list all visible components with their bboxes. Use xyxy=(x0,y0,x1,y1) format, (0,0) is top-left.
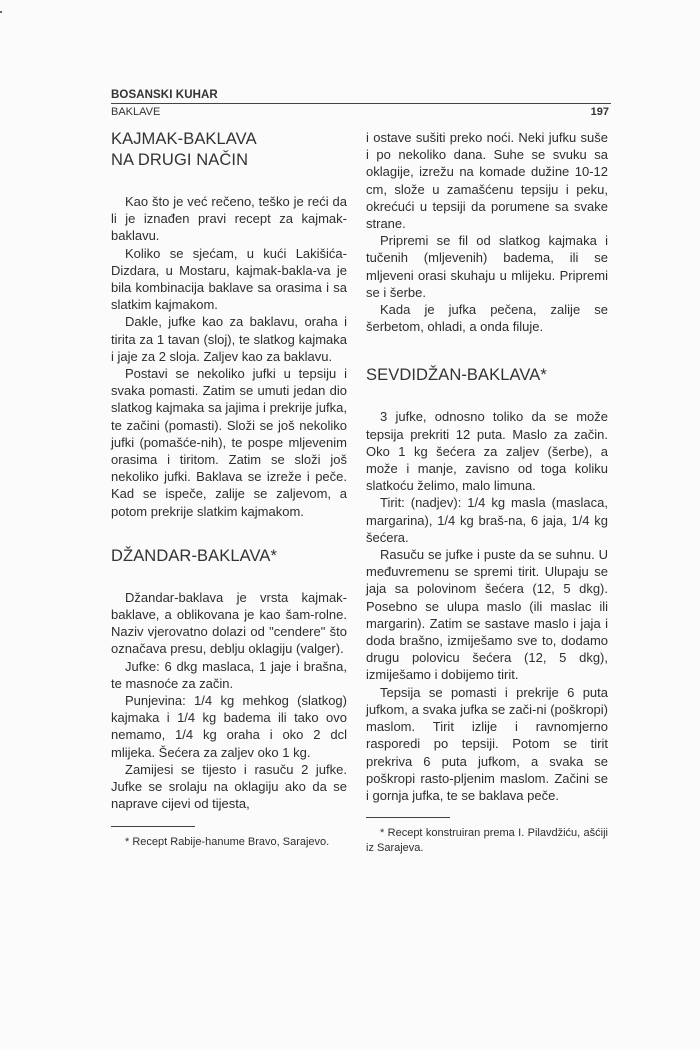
header-subrow: BAKLAVE 197 xyxy=(111,105,611,119)
title-line-2: NA DRUGI NAČIN xyxy=(111,151,248,169)
header-rule xyxy=(111,103,611,104)
right-column: i ostave sušiti preko noći. Neki jufku s… xyxy=(366,129,608,856)
section-name: BAKLAVE xyxy=(111,105,160,119)
paragraph: Punjevina: 1/4 kg mehkog (slatkog) kajma… xyxy=(111,692,347,761)
left-column: KAJMAK-BAKLAVA NA DRUGI NAČIN Kao što je… xyxy=(111,129,347,850)
paragraph: Kada je jufka pečena, zalije se šerbetom… xyxy=(366,301,608,335)
recipe-title-sevdidzan-baklava: SEVDIDŽAN-BAKLAVA* xyxy=(366,365,608,386)
paragraph: Tirit: (nadjev): 1/4 kg masla (maslaca, … xyxy=(366,494,608,546)
book-title: BOSANSKI KUHAR xyxy=(111,88,611,102)
paragraph: Tepsija se pomasti i prekrije 6 puta juf… xyxy=(366,684,608,804)
paragraph: i ostave sušiti preko noći. Neki jufku s… xyxy=(366,129,608,232)
paragraph: Zamijesi se tijesto i rasuču 2 jufke. Ju… xyxy=(111,761,347,813)
paragraph: Džandar-baklava je vrsta kajmak-baklave,… xyxy=(111,589,347,658)
title-line-1: KAJMAK-BAKLAVA xyxy=(111,130,257,148)
paragraph: Postavi se nekoliko jufki u tepsiju i sv… xyxy=(111,365,347,520)
paragraph: Jufke: 6 dkg maslaca, 1 jaje i brašna, t… xyxy=(111,658,347,692)
recipe-title-kajmak-baklava: KAJMAK-BAKLAVA NA DRUGI NAČIN xyxy=(111,129,347,171)
footnote: * Recept Rabije-hanume Bravo, Sarajevo. xyxy=(111,835,347,850)
paragraph: Pripremi se fil od slatkog kajmaka i tuč… xyxy=(366,232,608,301)
recipe-title-dzandar-baklava: DŽANDAR-BAKLAVA* xyxy=(111,546,347,567)
paragraph: Rasuču se jufke i puste da se suhnu. U m… xyxy=(366,546,608,684)
footnote: * Recept konstruiran prema I. Pilavdžiću… xyxy=(366,826,608,856)
paragraph: Dakle, jufke kao za baklavu, oraha i tir… xyxy=(111,313,347,365)
footnote-rule xyxy=(366,817,450,818)
running-header: BOSANSKI KUHAR BAKLAVE 197 xyxy=(111,88,611,119)
paragraph: Kao što je već rečeno, teško je reći da … xyxy=(111,193,347,245)
footnote-rule xyxy=(111,826,195,827)
page-number: 197 xyxy=(591,105,611,119)
scan-speck xyxy=(0,11,2,13)
paragraph: Koliko se sjećam, u kući Lakišića-Dizdar… xyxy=(111,245,347,314)
paragraph: 3 jufke, odnosno toliko da se može tepsi… xyxy=(366,408,608,494)
